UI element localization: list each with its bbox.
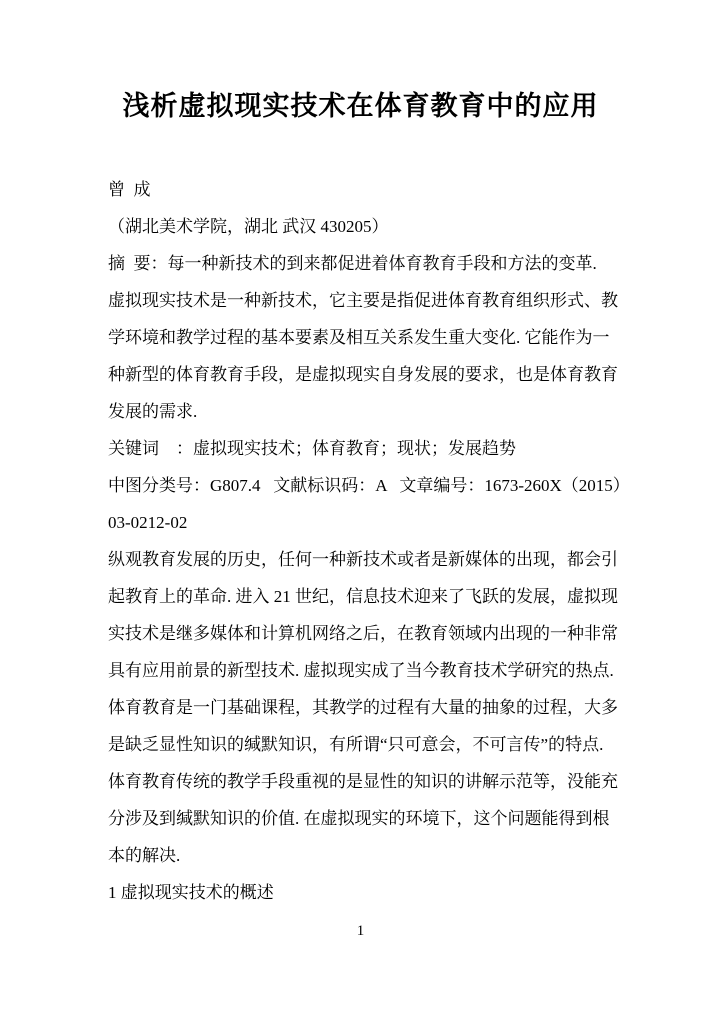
intro-line: 分涉及到缄默知识的价值. 在虚拟现实的环境下，这个问题能得到根 bbox=[108, 800, 621, 837]
document-body: 曾 成 （湖北美术学院，湖北 武汉 430205） 摘 要：每一种新技术的到来都… bbox=[108, 171, 621, 911]
classification-line: 中图分类号：G807.4 文献标识码：A 文章编号：1673-260X（2015… bbox=[108, 467, 621, 504]
intro-line: 是缺乏显性知识的缄默知识，有所谓“只可意会，不可言传”的特点. bbox=[108, 726, 621, 763]
intro-line: 纵观教育发展的历史，任何一种新技术或者是新媒体的出现，都会引 bbox=[108, 541, 621, 578]
abstract-line: 发展的需求. bbox=[108, 393, 621, 430]
article-number-line: 03-0212-02 bbox=[108, 504, 621, 541]
intro-line: 体育教育是一门基础课程，其教学的过程有大量的抽象的过程，大多 bbox=[108, 689, 621, 726]
intro-line: 起教育上的革命. 进入 21 世纪，信息技术迎来了飞跃的发展，虚拟现 bbox=[108, 578, 621, 615]
intro-line: 具有应用前景的新型技术. 虚拟现实成了当今教育技术学研究的热点. bbox=[108, 652, 621, 689]
intro-line: 体育教育传统的教学手段重视的是显性的知识的讲解示范等，没能充 bbox=[108, 763, 621, 800]
keywords-line: 关键词 ：虚拟现实技术；体育教育；现状；发展趋势 bbox=[108, 430, 621, 467]
author-line: 曾 成 bbox=[108, 171, 621, 208]
intro-line: 实技术是继多媒体和计算机网络之后，在教育领域内出现的一种非常 bbox=[108, 615, 621, 652]
document-page: 浅析虚拟现实技术在体育教育中的应用 曾 成 （湖北美术学院，湖北 武汉 4302… bbox=[0, 0, 721, 1020]
abstract-line: 学环境和教学过程的基本要素及相互关系发生重大变化. 它能作为一 bbox=[108, 319, 621, 356]
abstract-line: 虚拟现实技术是一种新技术，它主要是指促进体育教育组织形式、教 bbox=[108, 282, 621, 319]
document-title: 浅析虚拟现实技术在体育教育中的应用 bbox=[0, 84, 721, 123]
abstract-line: 种新型的体育教育手段，是虚拟现实自身发展的要求，也是体育教育 bbox=[108, 356, 621, 393]
intro-line: 本的解决. bbox=[108, 837, 621, 874]
abstract-line: 摘 要：每一种新技术的到来都促进着体育教育手段和方法的变革. bbox=[108, 245, 621, 282]
section-heading: 1 虚拟现实技术的概述 bbox=[108, 874, 621, 911]
affiliation-line: （湖北美术学院，湖北 武汉 430205） bbox=[108, 208, 621, 245]
page-number: 1 bbox=[0, 921, 721, 941]
